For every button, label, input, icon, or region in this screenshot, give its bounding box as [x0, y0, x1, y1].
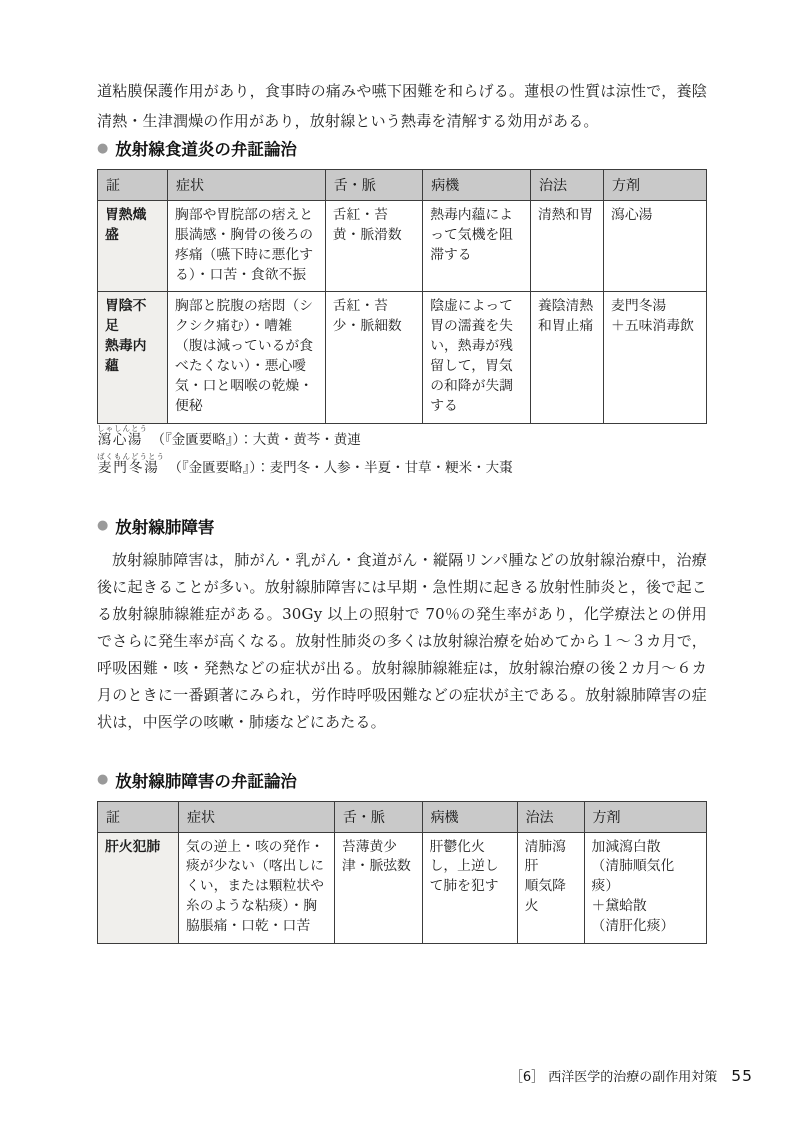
table-row: 胃熱熾盛 胸部や胃脘部の痞えと脹満感・胸骨の後ろの疼痛（嚥下時に悪化する）・口苦… [98, 201, 707, 292]
cell-tongue-pulse: 苔薄黄少津・脈弦数 [334, 832, 422, 943]
cell-formula: 加減瀉白散 （清肺順気化痰） ＋黛蛤散 （清肝化痰） [584, 832, 706, 943]
header-cell-formula: 方剤 [584, 801, 706, 832]
formula-notes: 瀉心湯 しゃしんとう （『金匱要略』）：大黄・黄芩・黄連 麦門冬湯 ばくもんどう… [97, 424, 707, 480]
intro-paragraph: 道粘膜保護作用があり，食事時の痛みや嚥下困難を和らげる。蓮根の性質は涼性で，養陰… [97, 76, 707, 136]
header-cell-tongue-pulse: 舌・脈 [325, 170, 422, 201]
cell-tongue-pulse: 舌紅・苔少・脈細数 [325, 292, 422, 423]
cell-mechanism: 熱毒内蘊によって気機を阻滞する [423, 201, 531, 292]
section-heading-lung-injury: ● 放射線肺障害 [97, 514, 707, 538]
header-cell-mechanism: 病機 [423, 170, 531, 201]
lung-injury-paragraph: 放射線肺障害は，肺がん・乳がん・食道がん・縦隔リンパ腫などの放射線治療中，治療後… [97, 547, 707, 736]
cell-syndrome: 胃陰不足 熱毒内蘊 [98, 292, 168, 423]
formula-name: 麦門冬湯 [97, 460, 160, 476]
cell-symptoms: 胸部や胃脘部の痞えと脹満感・胸骨の後ろの疼痛（嚥下時に悪化する）・口苦・食欲不振 [168, 201, 326, 292]
header-cell-syndrome: 証 [98, 170, 168, 201]
section-heading-lung-treatment: ● 放射線肺障害の弁証論治 [97, 768, 707, 792]
note-shashinto: 瀉心湯 しゃしんとう （『金匱要略』）：大黄・黄芩・黄連 [97, 424, 707, 452]
esophagitis-syndrome-table: 証 症状 舌・脈 病機 治法 方剤 胃熱熾盛 胸部や胃脘部の痞えと脹満感・胸骨の… [97, 169, 707, 424]
cell-method: 養陰清熱 和胃止痛 [530, 292, 603, 423]
table-header-row: 証 症状 舌・脈 病機 治法 方剤 [98, 170, 707, 201]
table-header-row: 証 症状 舌・脈 病機 治法 方剤 [98, 801, 707, 832]
section-heading-label: 放射線食道炎の弁証論治 [115, 136, 297, 160]
page-content: 道粘膜保護作用があり，食事時の痛みや嚥下困難を和らげる。蓮根の性質は涼性で，養陰… [97, 76, 707, 944]
cell-formula: 瀉心湯 [604, 201, 707, 292]
cell-tongue-pulse: 舌紅・苔黄・脈滑数 [325, 201, 422, 292]
cell-method: 清熱和胃 [530, 201, 603, 292]
formula-ingredients: （『金匱要略』）：麦門冬・人参・半夏・甘草・粳米・大棗 [168, 460, 512, 476]
section-heading-esophagitis: ● 放射線食道炎の弁証論治 [97, 136, 707, 160]
formula-reading: しゃしんとう [97, 424, 148, 433]
cell-syndrome: 肝火犯肺 [98, 832, 179, 943]
formula-name: 瀉心湯 [97, 432, 143, 448]
cell-syndrome: 胃熱熾盛 [98, 201, 168, 292]
cell-method: 清肺瀉肝 順気降火 [517, 832, 584, 943]
note-bakumondoto: 麦門冬湯 ばくもんどうとう （『金匱要略』）：麦門冬・人参・半夏・甘草・粳米・大… [97, 452, 707, 480]
bullet-icon: ● [97, 519, 108, 532]
footer-chapter-title: ［6］ 西洋医学的治療の副作用対策 [510, 1066, 717, 1085]
footer-page-number: 55 [731, 1067, 753, 1085]
cell-mechanism: 陰虚によって胃の濡養を失い，熱毒が残留して，胃気の和降が失調する [423, 292, 531, 423]
header-cell-method: 治法 [517, 801, 584, 832]
cell-formula: 麦門冬湯 ＋五味消毒飲 [604, 292, 707, 423]
lung-syndrome-table: 証 症状 舌・脈 病機 治法 方剤 肝火犯肺 気の逆上・咳の発作・痰が少ない（喀… [97, 801, 707, 944]
header-cell-symptoms: 症状 [178, 801, 334, 832]
cell-symptoms: 気の逆上・咳の発作・痰が少ない（喀出しにくい，または顆粒状や糸のような粘痰）・胸… [178, 832, 334, 943]
bullet-icon: ● [97, 773, 108, 786]
table-row: 肝火犯肺 気の逆上・咳の発作・痰が少ない（喀出しにくい，または顆粒状や糸のような… [98, 832, 707, 943]
page-footer: ［6］ 西洋医学的治療の副作用対策 55 [510, 1066, 753, 1085]
formula-reading: ばくもんどうとう [97, 452, 165, 461]
cell-mechanism: 肝鬱化火し，上逆して肺を犯す [422, 832, 517, 943]
table-row: 胃陰不足 熱毒内蘊 胸部と脘腹の痞悶（シクシク痛む）・嘈雑（腹は減っているが食べ… [98, 292, 707, 423]
cell-symptoms: 胸部と脘腹の痞悶（シクシク痛む）・嘈雑（腹は減っているが食べたくない）・悪心噯気… [168, 292, 326, 423]
bullet-icon: ● [97, 142, 108, 155]
document-page: 道粘膜保護作用があり，食事時の痛みや嚥下困難を和らげる。蓮根の性質は涼性で，養陰… [0, 0, 800, 1129]
header-cell-formula: 方剤 [604, 170, 707, 201]
header-cell-symptoms: 症状 [168, 170, 326, 201]
header-cell-method: 治法 [530, 170, 603, 201]
header-cell-mechanism: 病機 [422, 801, 517, 832]
header-cell-tongue-pulse: 舌・脈 [334, 801, 422, 832]
section-heading-label: 放射線肺障害 [115, 514, 214, 538]
section-heading-label: 放射線肺障害の弁証論治 [115, 768, 297, 792]
header-cell-syndrome: 証 [98, 801, 179, 832]
formula-ingredients: （『金匱要略』）：大黄・黄芩・黄連 [152, 432, 361, 448]
